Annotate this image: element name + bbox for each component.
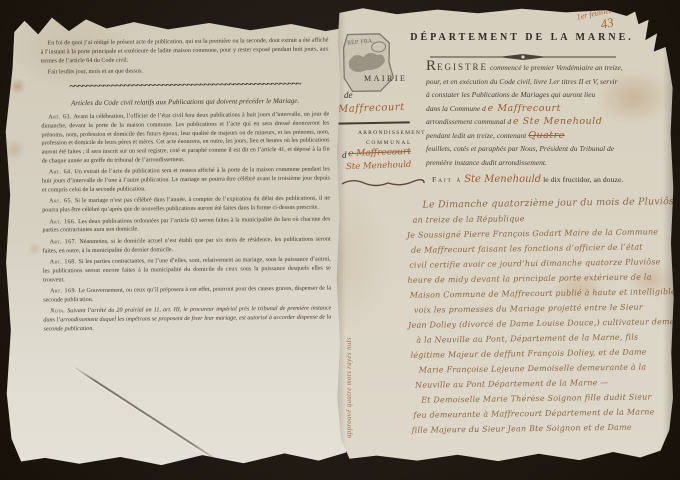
nota-label: Nota. (50, 308, 65, 314)
article-168-label: Art. 168. (50, 259, 77, 265)
fait-paragraph: Fait lesdits jour, mois et an que dessus… (41, 65, 329, 77)
fait-a-line: Fait à Ste Menehould le dix fructidor, a… (432, 174, 672, 185)
nota-paragraph: Nota. Suivant l’arrêté du 20 prairial an… (43, 305, 331, 334)
folio-number: 43 (599, 15, 615, 32)
arrondissement-inline-handwritten: e Ste Menehould (513, 116, 602, 127)
margin-rule (336, 121, 410, 124)
de-label: de (344, 90, 353, 100)
article-65-label: Art. 65. (49, 199, 73, 205)
fait-date-text: le dix fructidor, an douze. (543, 175, 623, 184)
commune-inline-handwritten: e Maffrecourt (488, 103, 561, 114)
register-line-2: pour, et en exécution du Code civil, liv… (426, 75, 668, 89)
register-line-1-text: commencé le premier Vendémiaire an treiz… (488, 63, 623, 72)
article-169: Art. 169. Le Gouvernement, ou ceux qu’il… (43, 284, 331, 305)
article-166-text: Les deux publications ordonnées par l’ar… (42, 216, 330, 234)
register-word: EGISTRE (437, 62, 488, 72)
right-page: 1er feuillet 43 DÉPARTEMENT DE LA MARNE.… (336, 6, 674, 462)
page-title: DÉPARTEMENT DE LA MARNE. (394, 32, 650, 43)
register-line-4: dans la Commune d e Maffrecourt (426, 102, 668, 116)
register-line-1: REGISTRE commencé le premier Vendémiaire… (426, 60, 668, 75)
register-line-6-text: pendant ledit an treize, contenant (426, 131, 528, 140)
communal-label: COMMUNAL (366, 140, 412, 146)
handwritten-act-body: Le Dimanche quatorzième jour du mois de … (406, 194, 669, 438)
handwriting-line: fille Majeure du Sieur Jean Bte Soignon … (411, 419, 669, 438)
commune-name-handwritten: Maffrecourt (338, 102, 405, 115)
article-63: Art. 63. Avant la célébration, l’officie… (41, 110, 330, 166)
article-63-text: Avant la célébration, l’officier de l’ét… (41, 111, 329, 164)
left-page-text-block: En foi de quoi j’ai rédigé le présent ac… (40, 37, 331, 337)
article-167-label: Art. 167. (50, 239, 77, 245)
article-167-text: Néanmoins, si le domicile actuel n’est é… (43, 236, 331, 254)
arrondissement-label: ARRONDISSEMENT (358, 130, 426, 136)
register-line-8: première instance dudit arrondissement. (426, 156, 668, 170)
article-64-label: Art. 64. (49, 170, 73, 176)
crossed-commune-handwritten: e Maffrecourt (348, 147, 411, 159)
squiggle-divider: ~~~~~~~~~~~~~~~~~~~~~~~~~~~~~~~~~~~~~~~~… (41, 77, 329, 95)
register-line-3: à constater les Publications de Mariages… (426, 88, 668, 102)
article-166-label: Art. 166. (49, 219, 76, 225)
scanned-document-photo: En foi de quoi j’ai rédigé le présent ac… (0, 0, 680, 480)
paper-crease-line (73, 366, 221, 463)
register-line-5: arrondissement communal d e Ste Menehoul… (426, 115, 668, 129)
feuillets-count-handwritten: Quatre (528, 130, 565, 141)
margin-note-vertical: approuvé quatre mots rayés nuls (346, 188, 353, 438)
mairie-label: MAIRIE (364, 74, 407, 83)
article-64-text: Un extrait de l’acte de publication sera… (42, 167, 330, 194)
register-line-7: feuillets, cotés et paraphés par Nous, P… (426, 142, 668, 156)
register-line-5-text: arrondissement communal d (426, 117, 511, 126)
revenue-stamp: RÉP. FRA. (337, 28, 397, 98)
article-65: Art. 65. Si le mariage n’est pas célébré… (42, 195, 330, 216)
register-line-6: pendant ledit an treize, contenant Quatr… (426, 129, 668, 143)
article-169-label: Art. 169. (50, 288, 77, 294)
register-initial: R (426, 58, 437, 74)
register-paragraph: REGISTRE commencé le premier Vendémiaire… (426, 60, 668, 169)
left-page: En foi de quoi j’ai rédigé le présent ac… (4, 14, 346, 466)
fait-place-handwritten: Ste Menehould (464, 174, 541, 185)
intro-paragraph: En foi de quoi j’ai rédigé le présent ac… (40, 37, 328, 66)
article-64: Art. 64. Un extrait de l’acte de publica… (42, 166, 330, 195)
register-line-4-text: dans la Commune d (426, 104, 486, 113)
article-168: Art. 168. Si les parties contractantes, … (43, 255, 331, 284)
d-label: d (342, 150, 347, 160)
article-166: Art. 166. Les deux publications ordonnée… (42, 215, 330, 236)
article-168-text: Si les parties contractantes, ou l’une d… (43, 256, 331, 283)
article-167: Art. 167. Néanmoins, si le domicile actu… (43, 235, 331, 256)
article-63-label: Art. 63. (48, 114, 72, 120)
nota-text: Suivant l’arrêté du 20 prairial an 11, a… (43, 306, 331, 333)
fait-label: Fait à (432, 175, 462, 184)
articles-heading: Articles du Code civil relatifs aux Publ… (47, 96, 323, 110)
article-169-text: Le Gouvernement, ou ceux qu’il préposera… (43, 285, 331, 303)
article-65-text: Si le mariage n’est pas célébré dans l’a… (42, 196, 330, 214)
arrondissement-handwritten: Ste Menehould (346, 160, 412, 172)
